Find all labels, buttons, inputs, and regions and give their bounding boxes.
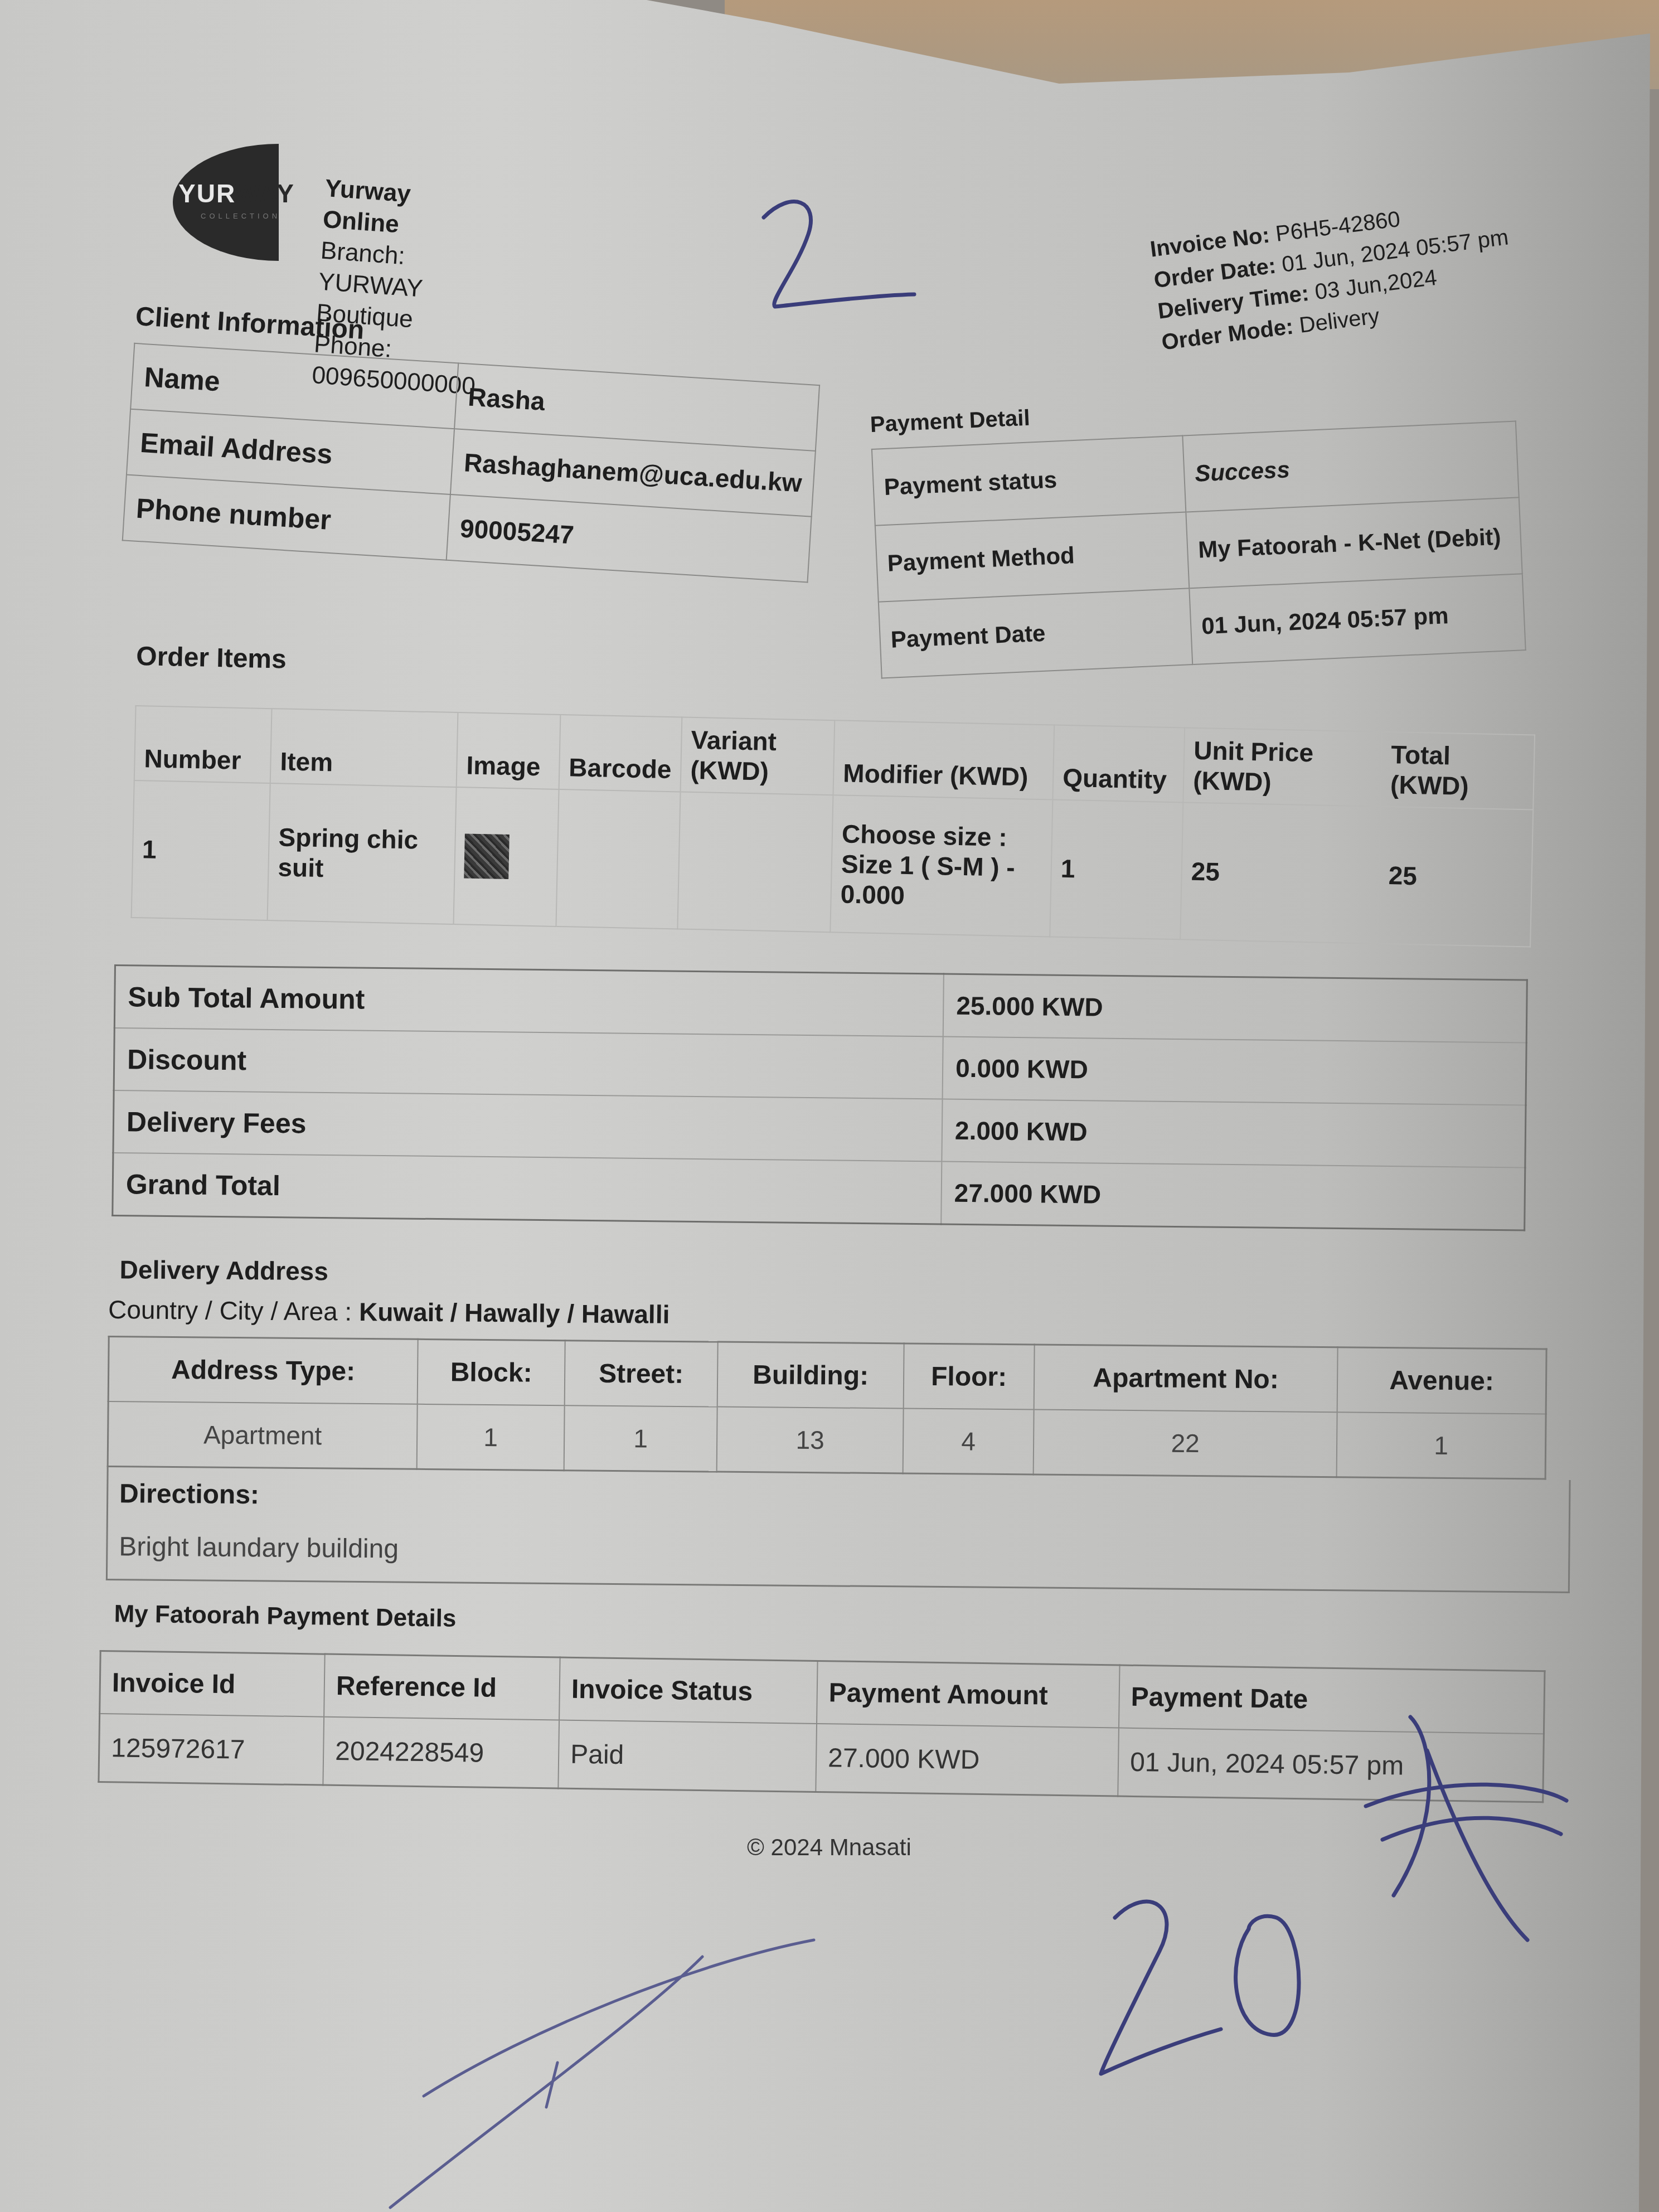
column-header-invoice-status: Invoice Status [559,1657,818,1724]
delivery-address-title: Delivery Address [120,1254,1573,1297]
invoice-status-value: Paid [558,1720,817,1792]
invoice-id-value: 125972617 [99,1714,324,1785]
street-value: 1 [564,1405,717,1472]
yurway-logo: YURWAY COLLECTION [167,139,279,262]
invoice-paper: YURWAY COLLECTION Yurway Online Branch: … [0,0,1650,2212]
fatoorah-table: Invoice Id Reference Id Invoice Status P… [98,1650,1545,1803]
item-modifier: Choose size : Size 1 ( S-M ) - 0.000 [830,795,1052,937]
delivery-address: Delivery Address Country / City / Area :… [106,1254,1573,1593]
payment-amount-value: 27.000 KWD [816,1724,1119,1796]
column-header-number: Number [134,706,272,783]
address-table: Address Type: Block: Street: Building: F… [107,1336,1548,1480]
column-header-modifier: Modifier (KWD) [833,720,1055,799]
order-totals: Sub Total Amount 25.000 KWD Discount 0.0… [111,964,1528,1231]
column-header-barcode: Barcode [559,715,682,792]
logo-text-light: YUR [178,179,235,208]
subtotal-label: Sub Total Amount [114,966,944,1037]
footer-copyright: © 2024 Mnasati [747,1834,911,1861]
payment-detail: Payment Detail Payment status Success Pa… [870,384,1526,678]
handwritten-20-mark [1101,1901,1299,2074]
apartment-no-value: 22 [1034,1409,1337,1477]
logo-subtext: COLLECTION [201,212,280,220]
totals-table: Sub Total Amount 25.000 KWD Discount 0.0… [111,964,1528,1231]
column-header-item: Item [270,709,458,787]
product-thumbnail-image [464,833,510,879]
address-type-value: Apartment [108,1401,417,1469]
store-name: Yurway Online [322,173,489,246]
fatoorah-payment-date-value: 01 Jun, 2024 05:57 pm [1118,1728,1544,1802]
client-information-table: Name Rasha Email Address Rashaghanem@uca… [122,343,821,583]
directions-label: Directions: [119,1478,1558,1522]
fatoorah-payment-details: My Fatoorah Payment Details Invoice Id R… [98,1600,1546,1803]
payment-method-label: Payment Method [875,512,1189,601]
item-unit-price: 25 [1180,802,1380,943]
payment-method-value: My Fatoorah - K-Net (Debit) [1186,497,1522,588]
table-row: Apartment 1 1 13 4 22 1 [108,1401,1546,1479]
discount-value: 0.000 KWD [943,1037,1527,1105]
grand-total-value: 27.000 KWD [941,1162,1525,1230]
directions-value: Bright laundary building [119,1531,1557,1575]
item-total: 25 [1377,807,1533,947]
grand-total-label: Grand Total [113,1153,942,1224]
item-variant [677,792,833,932]
country-city-area: Country / City / Area : Kuwait / Hawally… [108,1294,1572,1337]
reference-id-value: 2024228549 [323,1717,559,1788]
discount-label: Discount [114,1028,943,1099]
item-image-cell [453,787,559,926]
avenue-value: 1 [1337,1412,1546,1479]
delivery-fees-value: 2.000 KWD [942,1099,1526,1168]
area-value: Kuwait / Hawally / Hawalli [359,1297,670,1329]
fatoorah-title: My Fatoorah Payment Details [114,1600,1546,1648]
client-information: Client Information Name Rasha Email Addr… [122,301,823,583]
payment-status-label: Payment status [872,436,1186,526]
column-header-avenue: Avenue: [1337,1347,1547,1414]
order-mode: Delivery [1298,304,1381,338]
subtotal-value: 25.000 KWD [943,974,1527,1042]
area-label: Country / City / Area : [108,1295,352,1326]
building-value: 13 [717,1407,904,1473]
order-items: Order Items Number Item Image Barcode Va… [131,641,1537,948]
column-header-quantity: Quantity [1052,725,1185,803]
item-barcode [556,789,680,929]
column-header-address-type: Address Type: [108,1337,418,1404]
column-header-payment-amount: Payment Amount [817,1661,1120,1728]
payment-detail-table: Payment status Success Payment Method My… [871,420,1526,678]
handwritten-2-mark [764,202,914,307]
column-header-floor: Floor: [904,1343,1035,1410]
directions-box: Directions: Bright laundary building [106,1467,1571,1593]
column-header-image: Image [457,712,561,789]
floor-value: 4 [903,1408,1034,1474]
table-row: 1 Spring chic suit Choose size : Size 1 … [132,780,1534,947]
item-number: 1 [132,780,270,920]
column-header-invoice-id: Invoice Id [100,1651,325,1717]
delivery-fees-label: Delivery Fees [113,1090,943,1162]
payment-status-value: Success [1182,421,1519,512]
item-quantity: 1 [1050,799,1183,939]
column-header-apartment-no: Apartment No: [1034,1345,1338,1412]
invoice-meta: Invoice No: P6H5-42860 Order Date: 01 Ju… [1148,191,1518,358]
order-items-table: Number Item Image Barcode Variant (KWD) … [131,705,1536,948]
column-header-block: Block: [418,1339,565,1405]
logo-wordmark: YURWAY [178,178,295,208]
item-name: Spring chic suit [268,783,457,924]
bottom-signature-stroke [390,1940,814,2208]
column-header-street: Street: [565,1341,718,1407]
table-header-row: Address Type: Block: Street: Building: F… [108,1337,1546,1414]
column-header-reference-id: Reference Id [324,1654,560,1720]
column-header-building: Building: [717,1342,904,1408]
logo-text-dark: WAY [235,179,295,208]
column-header-payment-date: Payment Date [1119,1665,1545,1734]
column-header-variant: Variant (KWD) [681,717,835,795]
payment-date-value: 01 Jun, 2024 05:57 pm [1189,574,1525,664]
block-value: 1 [417,1404,565,1471]
column-header-unit-price: Unit Price (KWD) [1183,727,1382,806]
column-header-total: Total (KWD) [1380,732,1535,810]
